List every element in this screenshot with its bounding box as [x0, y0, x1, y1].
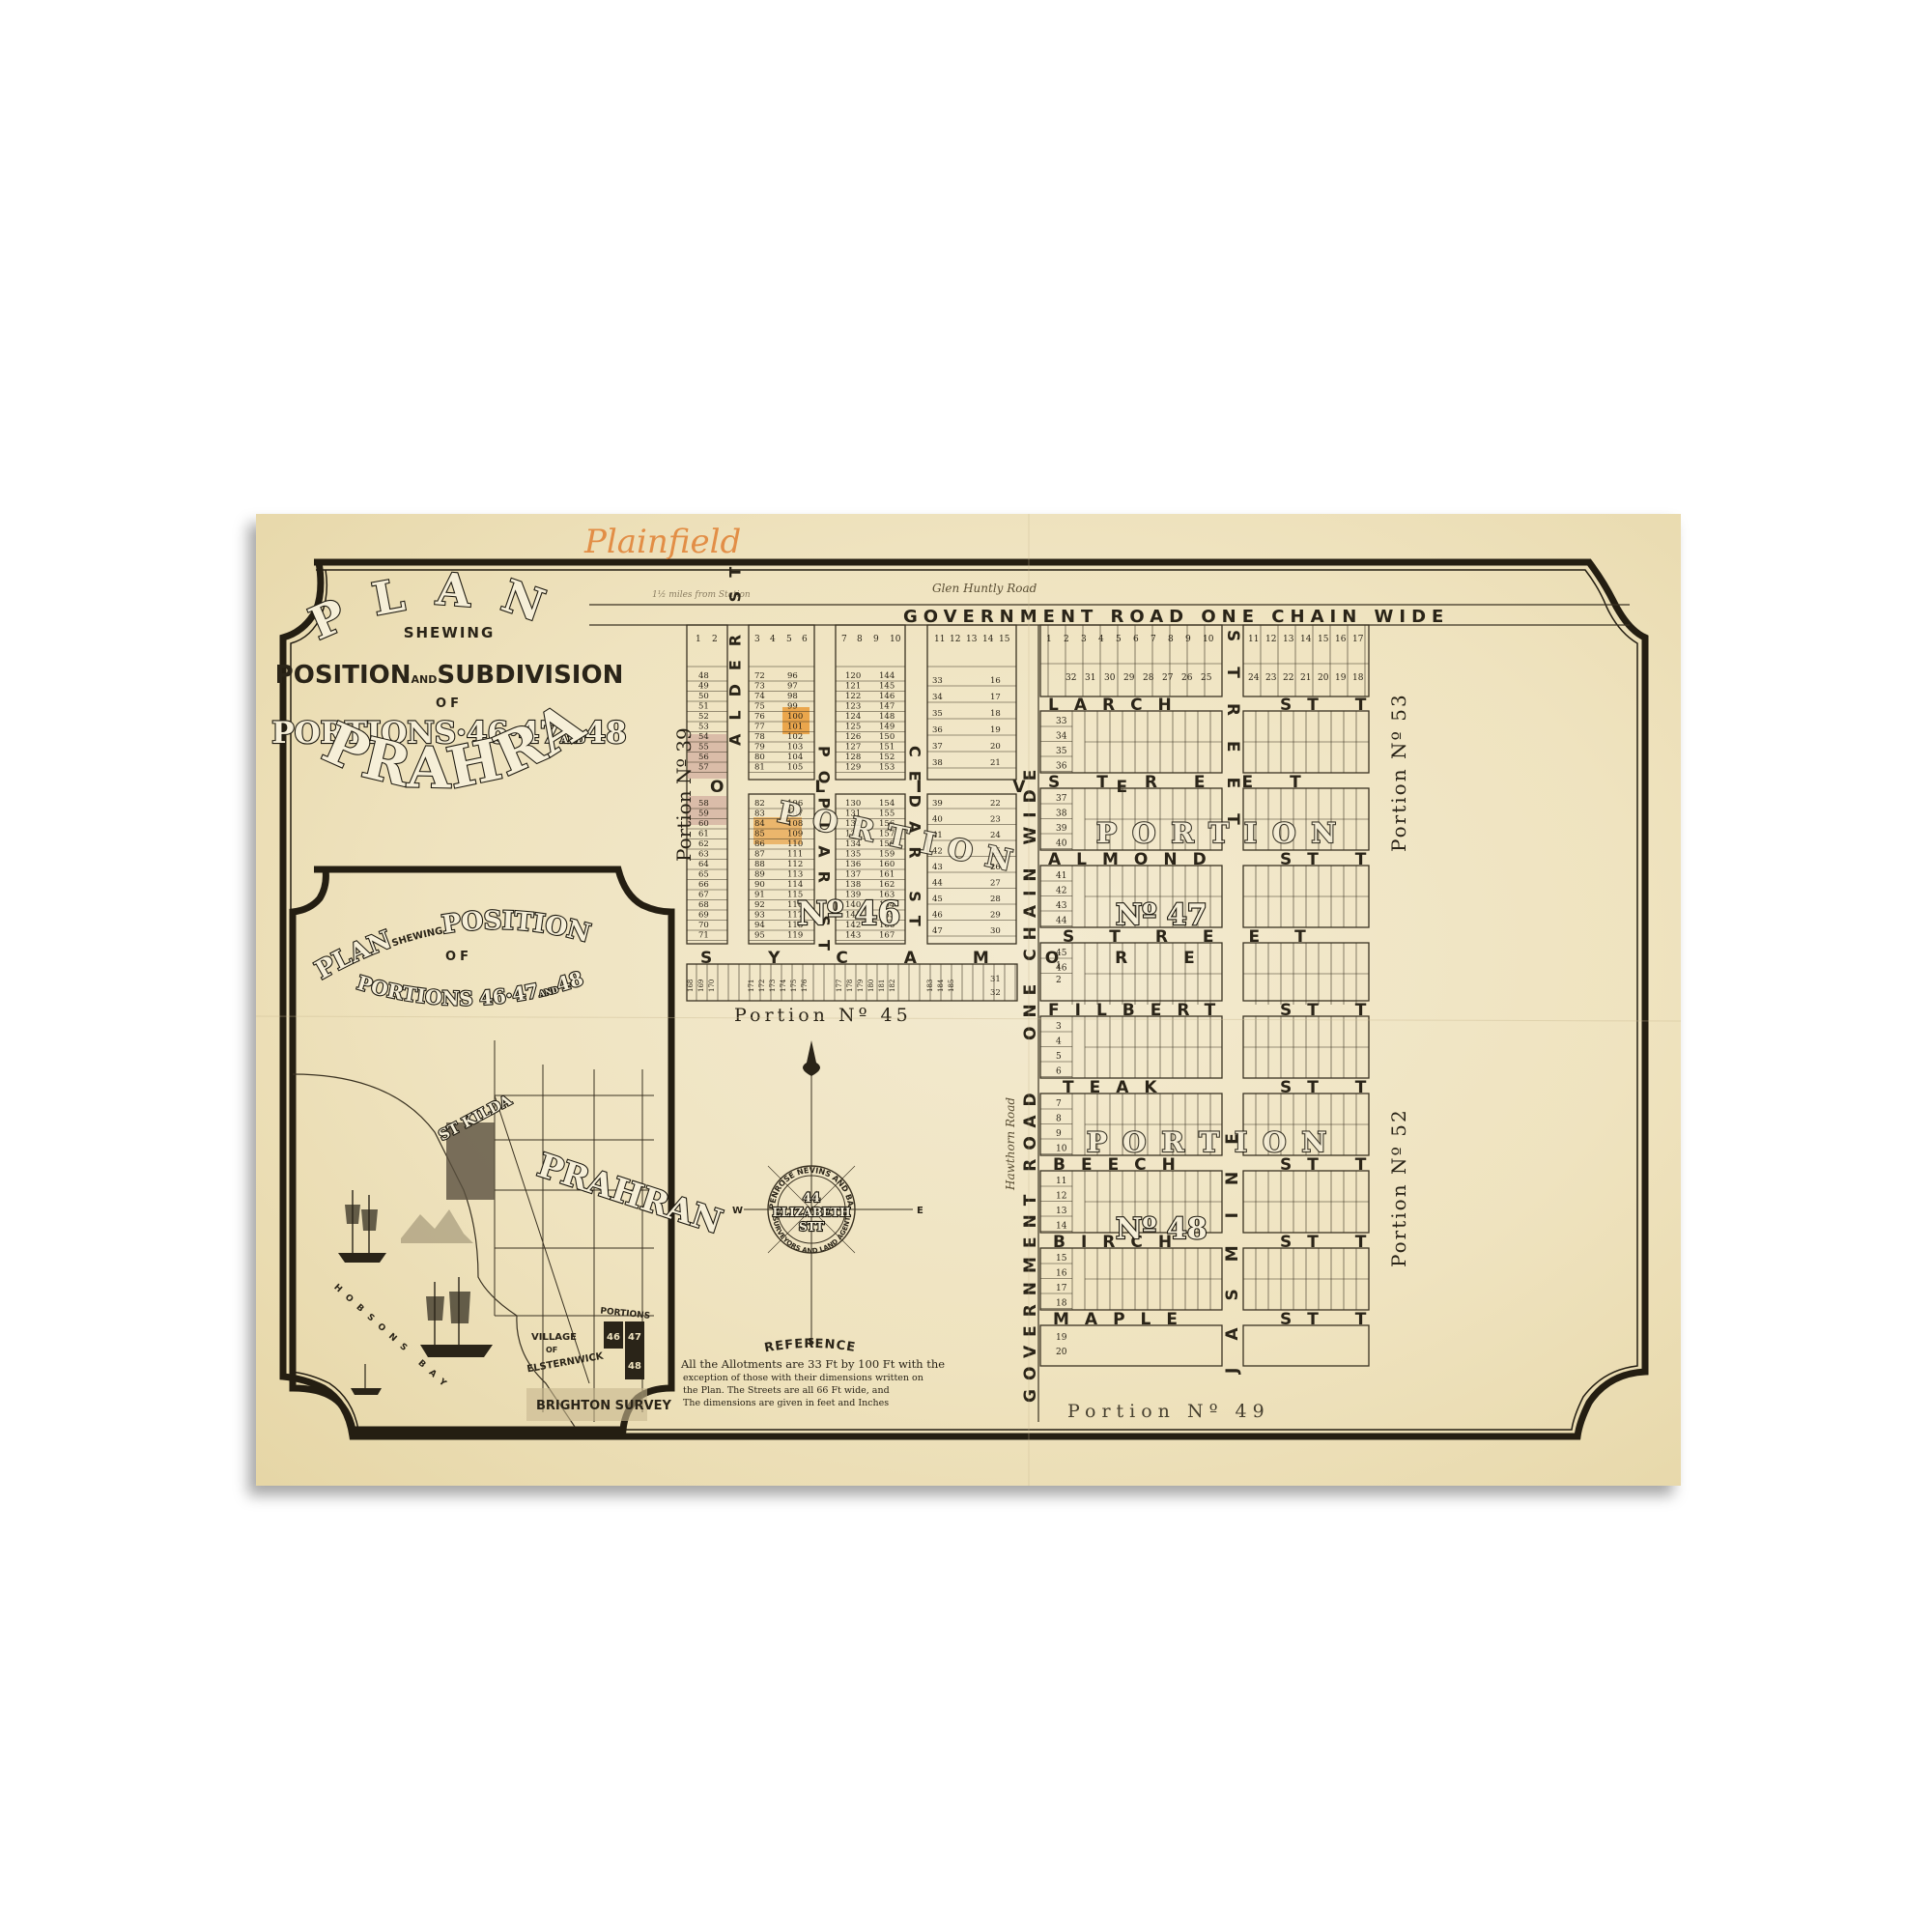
- portion-52-label: Portion Nº 52: [1387, 1108, 1410, 1267]
- lot-number: 3: [1056, 1022, 1062, 1032]
- lot-number: 79: [754, 743, 765, 753]
- lot-number: 13: [966, 635, 978, 644]
- compass-address-st: STT: [799, 1220, 824, 1234]
- lot-number: 17: [1352, 635, 1364, 644]
- lot-number: 56: [698, 753, 709, 762]
- lot-number: 181: [878, 980, 886, 992]
- lot-number: 78: [754, 732, 765, 742]
- inset-title-portions: PORTIONS 46·47AND48: [355, 966, 586, 1009]
- lot-number: 76: [754, 712, 765, 722]
- lot-number: 12: [950, 635, 960, 644]
- lot-number: 10: [1056, 1145, 1067, 1154]
- portion-47-word: PORTION: [1096, 817, 1351, 849]
- lot-number: 110: [787, 839, 803, 849]
- lot-number: 42: [1056, 887, 1066, 896]
- survey-plan: PLANS SHEWING POSITIONANDSUBDIVISION OF …: [256, 514, 1681, 1486]
- lot-number: 92: [754, 900, 765, 910]
- lot-number: 84: [754, 819, 765, 829]
- lot-number: 111: [787, 850, 803, 860]
- lot-number: 100: [787, 712, 803, 722]
- lot-number: 6: [1133, 635, 1139, 644]
- lot-number: 70: [698, 921, 709, 930]
- lot-number: 32: [1065, 673, 1076, 683]
- reference-line-3: the Plan. The Streets are all 66 Ft wide…: [683, 1385, 890, 1396]
- lot-number: 1: [696, 635, 701, 644]
- lot-number: 19: [1056, 1333, 1067, 1343]
- lot-number: 5: [1056, 1052, 1062, 1062]
- handwritten-hawthorn-road: Hawthorn Road: [1004, 1097, 1017, 1191]
- lot-number: 16: [990, 676, 1001, 686]
- lot-number: 28: [1143, 673, 1154, 683]
- lot-number: 52: [698, 712, 709, 722]
- lot-number: 173: [769, 980, 777, 992]
- lot-number: 22: [990, 799, 1001, 809]
- lot-number: 112: [787, 860, 803, 869]
- svg-text:46: 46: [607, 1332, 620, 1343]
- lot-number: 126: [845, 732, 861, 742]
- compass-address-street: ELIZABETH: [773, 1206, 851, 1219]
- lot-number: 113: [787, 870, 803, 880]
- street-maple-suffix: ST T: [1280, 1310, 1381, 1329]
- lot-number: 104: [787, 753, 803, 762]
- lot-number: 14: [982, 635, 994, 644]
- lot-number: 75: [754, 702, 765, 712]
- lot-number: 7: [841, 635, 847, 644]
- lot-number: 43: [932, 863, 943, 872]
- svg-text:REFERENCE: REFERENCE: [763, 1337, 857, 1356]
- lot-number: 16: [1056, 1269, 1067, 1279]
- lot-number: 170: [708, 980, 716, 992]
- handwritten-signature: Plainfield: [583, 523, 741, 561]
- lot-number: 4: [1056, 1037, 1062, 1047]
- lot-number: 22: [1283, 673, 1293, 683]
- lot-number: 21: [1300, 673, 1311, 683]
- lot-number: 32: [990, 988, 1001, 998]
- street-teak-suffix: ST T: [1280, 1078, 1381, 1097]
- street-almond-suffix: ST T: [1280, 850, 1381, 869]
- lot-number: 85: [754, 830, 765, 839]
- lot-number: 37: [1056, 794, 1067, 804]
- lot-number: 66: [698, 880, 709, 890]
- lot-number: 60: [698, 819, 709, 829]
- lot-number: 74: [754, 692, 765, 701]
- lot-number: 35: [932, 709, 943, 719]
- reference-line-2: exception of those with their dimensions…: [683, 1373, 923, 1383]
- lot-number: 39: [1056, 824, 1067, 834]
- street-olive-continuation: STREET: [1048, 773, 1338, 792]
- lot-number: 168: [687, 980, 695, 992]
- lot-number: 183: [926, 980, 934, 992]
- svg-text:OF: OF: [546, 1346, 557, 1354]
- inset-elsternwick: ELSTERNWICK: [526, 1350, 606, 1375]
- street-filbert: FILBERT: [1048, 1001, 1231, 1020]
- inset-prahran: PRAHRAN: [533, 1147, 727, 1242]
- lot-number: 3: [754, 635, 760, 644]
- lot-number: 10: [890, 635, 901, 644]
- lot-number: 151: [879, 743, 895, 753]
- lot-number: 16: [1335, 635, 1347, 644]
- portion-47-48-grid: 1234567891011121314151617323130292827262…: [1040, 625, 1381, 1375]
- inset-title-of: OF: [445, 950, 472, 964]
- lot-number: 36: [932, 725, 943, 735]
- lot-number: 23: [990, 815, 1001, 825]
- road-label-vertical-upper: ONE CHAIN WIDE: [1021, 761, 1040, 1040]
- lot-number: 152: [879, 753, 895, 762]
- inset-location-plan: PLANSHEWINGPOSITION OF PORTIONS 46·47AND…: [293, 869, 726, 1430]
- lot-number: 37: [932, 742, 943, 752]
- reference-line-4: The dimensions are given in feet and Inc…: [683, 1398, 889, 1408]
- compass-address-number: 44: [803, 1191, 820, 1206]
- inset-title-top: PLANSHEWINGPOSITION: [311, 906, 594, 985]
- lot-number: 96: [787, 671, 798, 681]
- lot-number: 99: [787, 702, 798, 712]
- lot-number: 89: [754, 870, 765, 880]
- lot-number: 130: [845, 799, 861, 809]
- lot-number: 95: [754, 931, 765, 941]
- street-birch-suffix: ST T: [1280, 1233, 1381, 1252]
- lot-number: 39: [932, 799, 943, 809]
- portion-45-label: Portion Nº 45: [734, 1005, 912, 1026]
- lot-number: 69: [698, 911, 709, 921]
- portion-53-label: Portion Nº 53: [1387, 693, 1410, 852]
- top-government-road: GOVERNMENT ROAD ONE CHAIN WIDE: [589, 605, 1630, 627]
- lot-number: 15: [1318, 635, 1329, 644]
- portion-46-number: Nº 46: [797, 895, 900, 933]
- portion-48-number: Nº 48: [1116, 1212, 1207, 1246]
- lot-number: 29: [990, 911, 1001, 921]
- lot-number: 10: [1203, 635, 1214, 644]
- lot-number: 36: [1056, 762, 1067, 772]
- lot-number: 29: [1123, 673, 1135, 683]
- lot-number: 174: [780, 979, 787, 992]
- lot-number: 11: [1248, 635, 1259, 644]
- lot-number: 81: [754, 763, 765, 773]
- lot-number: 20: [1056, 1348, 1067, 1357]
- lot-number: 177: [836, 980, 843, 992]
- lot-number: 180: [867, 980, 875, 992]
- lot-number: 103: [787, 743, 803, 753]
- small-boat-icon: [351, 1364, 382, 1395]
- lot-number: 138: [845, 880, 861, 890]
- lot-number: 86: [754, 839, 765, 849]
- lot-number: 24: [1248, 673, 1260, 683]
- lot-number: 122: [845, 692, 861, 701]
- lot-number: 124: [845, 712, 861, 722]
- lot-number: 14: [1056, 1222, 1067, 1232]
- lot-number: 44: [932, 879, 943, 889]
- lot-number: 54: [698, 732, 709, 742]
- portion-48-word: PORTION: [1087, 1126, 1342, 1158]
- lot-number: 176: [801, 979, 809, 992]
- lot-number: 175: [790, 980, 798, 992]
- lot-number: 162: [879, 880, 895, 890]
- lot-number: 153: [879, 763, 895, 773]
- lot-number: 8: [1168, 635, 1174, 644]
- street-larch-suffix: ST T: [1280, 696, 1381, 715]
- lot-number: 135: [845, 850, 861, 860]
- street-filbert-suffix: ST T: [1280, 1001, 1381, 1020]
- lot-number: 34: [1056, 732, 1067, 742]
- inset-village: VILLAGE: [531, 1332, 577, 1343]
- lot-number: 150: [879, 732, 895, 742]
- lot-number: 7: [1056, 1099, 1062, 1109]
- lot-number: 7: [1151, 635, 1156, 644]
- lot-number: 17: [990, 693, 1001, 702]
- street-beech: BEECH: [1053, 1155, 1191, 1175]
- lot-number: 5: [1116, 635, 1122, 644]
- lot-number: 171: [748, 980, 755, 992]
- lot-number: 57: [698, 763, 709, 773]
- svg-text:47: 47: [628, 1332, 641, 1343]
- lot-number: 45: [932, 895, 943, 904]
- street-alder: ALDER ST: [726, 554, 745, 746]
- compass-e: E: [917, 1206, 923, 1216]
- lot-number: 72: [754, 671, 765, 681]
- road-label-top: GOVERNMENT ROAD ONE CHAIN WIDE: [903, 607, 1449, 627]
- lot-number: 5: [786, 635, 792, 644]
- lot-number: 18: [990, 709, 1001, 719]
- lot-number: 2: [712, 635, 718, 644]
- lot-number: 1: [1056, 961, 1062, 971]
- lot-number: 68: [698, 900, 709, 910]
- lot-number: 40: [932, 815, 943, 825]
- title-shewing: SHEWING: [404, 624, 496, 641]
- lot-number: 129: [845, 763, 861, 773]
- lot-number: 121: [845, 682, 861, 692]
- lot-number: 184: [937, 979, 945, 992]
- lot-number: 30: [990, 926, 1001, 936]
- lot-number: 2: [1064, 635, 1069, 644]
- lot-number: 59: [698, 810, 709, 819]
- lot-number: 31: [990, 975, 1001, 984]
- lot-number: 44: [1056, 917, 1067, 926]
- lot-number: 178: [846, 980, 854, 992]
- lot-number: 4: [770, 635, 776, 644]
- lot-number: 161: [879, 870, 895, 880]
- lot-number: 12: [1056, 1192, 1066, 1202]
- lot-number: 67: [698, 891, 709, 900]
- lot-number: 148: [879, 712, 895, 722]
- lot-number: 18: [1352, 673, 1364, 683]
- street-almond: ALMOND: [1048, 850, 1222, 869]
- lot-number: 8: [857, 635, 863, 644]
- lot-number: 41: [1056, 871, 1066, 881]
- north-arrow-icon: [803, 1040, 820, 1076]
- lot-number: 149: [879, 723, 895, 732]
- lot-number: 136: [845, 860, 861, 869]
- lot-number: 123: [845, 702, 861, 712]
- street-beech-suffix: ST T: [1280, 1155, 1381, 1175]
- lot-number: 26: [1181, 673, 1193, 683]
- street-sycamore: S Y C A M O R E: [700, 949, 1220, 968]
- lot-number: 13: [1056, 1207, 1067, 1216]
- lot-number: 105: [787, 763, 803, 773]
- lot-number: 35: [1056, 747, 1067, 756]
- portion-49-label: Portion Nº 49: [1067, 1401, 1270, 1422]
- lot-number: 83: [754, 810, 765, 819]
- lot-number: 93: [754, 911, 765, 921]
- title-block: PLANS SHEWING POSITIONANDSUBDIVISION OF …: [256, 514, 627, 802]
- road-label-vertical-lower: GOVERNMENT ROAD: [1021, 1084, 1040, 1403]
- lot-number: 82: [754, 799, 765, 809]
- lot-number: 46: [932, 911, 943, 921]
- lot-number: 9: [1185, 635, 1191, 644]
- lot-number: 8: [1056, 1115, 1062, 1124]
- lot-number: 55: [698, 743, 709, 753]
- lot-number: 63: [698, 850, 709, 860]
- lot-number: 3: [1081, 635, 1087, 644]
- lot-number: 12: [1265, 635, 1276, 644]
- street-larch: LARCH: [1048, 696, 1187, 715]
- lot-number: 38: [932, 758, 943, 768]
- lot-number: 94: [754, 921, 765, 930]
- lot-number: 120: [845, 671, 861, 681]
- lot-number: 97: [787, 682, 798, 692]
- lot-number: 137: [845, 870, 861, 880]
- lot-number: 88: [754, 860, 765, 869]
- lot-number: 91: [754, 891, 765, 900]
- lot-number: 20: [990, 742, 1001, 752]
- lot-number: 127: [845, 743, 861, 753]
- lot-number: 185: [948, 980, 955, 992]
- lot-number: 90: [754, 880, 765, 890]
- ship-icon: [338, 1190, 386, 1263]
- lot-number: 64: [698, 860, 709, 869]
- lot-number: 71: [698, 931, 709, 941]
- lot-number: 19: [1335, 673, 1347, 683]
- title-prahran: PRAHRAN: [256, 514, 596, 802]
- lot-number: 13: [1283, 635, 1294, 644]
- lot-number: 43: [1056, 901, 1067, 911]
- lot-number: 147: [879, 702, 895, 712]
- lot-number: 31: [1085, 673, 1095, 683]
- lot-number: 9: [1056, 1129, 1062, 1139]
- lot-number: 11: [934, 635, 945, 644]
- lot-number: 11: [1056, 1177, 1066, 1186]
- lot-number: 24: [990, 831, 1001, 840]
- lot-number: 17: [1056, 1284, 1067, 1293]
- title-position-subdivision: POSITIONANDSUBDIVISION: [275, 661, 624, 690]
- lot-number: 102: [787, 732, 803, 742]
- lot-number: 80: [754, 753, 765, 762]
- lot-number: 87: [754, 850, 765, 860]
- lot-number: 27: [1162, 673, 1174, 683]
- lot-number: 9: [873, 635, 879, 644]
- street-maple: MAPLE: [1053, 1310, 1193, 1329]
- lot-number: 50: [698, 692, 709, 701]
- compass-w: W: [732, 1206, 743, 1216]
- lot-number: 4: [1098, 635, 1104, 644]
- lot-number: 25: [1201, 673, 1212, 683]
- lot-number: 65: [698, 870, 709, 880]
- lot-number: 145: [879, 682, 895, 692]
- lot-number: 38: [1056, 810, 1067, 819]
- street-teak: TEAK: [1063, 1078, 1173, 1097]
- map-sheet: PLANS SHEWING POSITIONANDSUBDIVISION OF …: [256, 514, 1681, 1486]
- lot-number: 15: [1056, 1254, 1067, 1264]
- lot-number: 179: [857, 980, 865, 992]
- lot-number: 51: [698, 702, 709, 712]
- lot-number: 6: [1056, 1067, 1062, 1077]
- handwritten-glen-huntly-road: Glen Huntly Road: [932, 582, 1037, 595]
- lot-number: 77: [754, 723, 765, 732]
- portion-39-label: Portion Nº 39: [672, 727, 696, 862]
- lot-number: 15: [999, 635, 1010, 644]
- lot-number: 27: [990, 879, 1001, 889]
- lot-number: 73: [754, 682, 765, 692]
- lot-number: 14: [1300, 635, 1312, 644]
- lot-number: 49: [698, 682, 709, 692]
- lot-number: 47: [932, 926, 943, 936]
- lot-number: 53: [698, 723, 709, 732]
- inset-brighton-survey: BRIGHTON SURVEY: [536, 1399, 672, 1413]
- lot-number: 21: [990, 758, 1001, 768]
- lot-number: 61: [698, 830, 709, 839]
- lot-number: 114: [787, 880, 803, 890]
- lot-number: 125: [845, 723, 861, 732]
- mountains-icon: [401, 1209, 473, 1243]
- street-names-right: LARCH ST T STREET ALMOND ST T STREET FIL…: [1048, 696, 1381, 1329]
- lot-number: 30: [1104, 673, 1116, 683]
- lot-number: 45: [1056, 949, 1067, 958]
- lot-number: 144: [879, 671, 895, 681]
- lot-number: 34: [932, 693, 943, 702]
- portion-47-number: Nº 47: [1116, 898, 1207, 932]
- lot-number: 98: [787, 692, 798, 701]
- lot-number: 1: [1046, 635, 1052, 644]
- reference-line-1: All the Allotments are 33 Ft by 100 Ft w…: [680, 1357, 945, 1371]
- svg-text:48: 48: [628, 1361, 641, 1372]
- reference-note: REFERENCE All the Allotments are 33 Ft b…: [680, 1337, 945, 1408]
- lot-number: 40: [1056, 839, 1067, 849]
- lot-number: 33: [1056, 717, 1067, 726]
- lot-number: 6: [802, 635, 808, 644]
- lot-number: 23: [1265, 673, 1277, 683]
- lot-number: 169: [697, 980, 705, 992]
- lot-number: 154: [879, 799, 895, 809]
- lot-number: 182: [889, 980, 896, 992]
- lot-number: 101: [787, 723, 803, 732]
- lot-number: 20: [1318, 673, 1329, 683]
- title-of: OF: [436, 696, 463, 711]
- lot-number: 160: [879, 860, 895, 869]
- steamship-icon: [420, 1277, 493, 1357]
- lot-number: 128: [845, 753, 861, 762]
- lot-number: 28: [990, 895, 1001, 904]
- lot-number: 33: [932, 676, 943, 686]
- inset-portions-label: PORTIONS: [600, 1307, 651, 1321]
- lot-number: 19: [990, 725, 1001, 735]
- lot-number: 18: [1056, 1299, 1067, 1309]
- lot-number: 48: [698, 671, 709, 681]
- lot-number: 58: [698, 799, 709, 809]
- lot-number: 146: [879, 692, 895, 701]
- lot-number: 2: [1056, 976, 1062, 985]
- lot-number: 62: [698, 839, 709, 849]
- lot-number: 172: [758, 980, 766, 992]
